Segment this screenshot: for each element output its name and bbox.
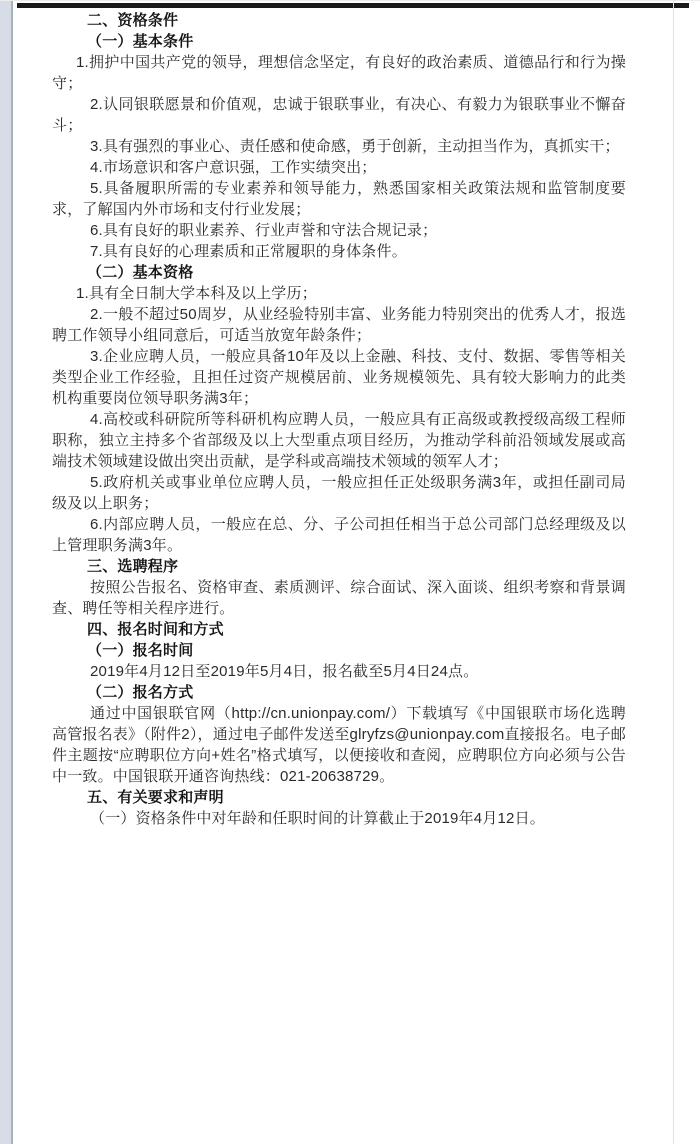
heading-basic-conditions: （一）基本条件 — [52, 31, 626, 52]
heading-basic-qualifications: （二）基本资格 — [52, 262, 626, 283]
heading-requirements-statement: 五、有关要求和声明 — [52, 787, 626, 808]
basic-condition-item-6: 6.具有良好的职业素养、行业声誉和守法合规记录； — [52, 220, 626, 241]
basic-condition-item-4: 4.市场意识和客户意识强，工作实绩突出； — [52, 157, 626, 178]
selection-procedure-text: 按照公告报名、资格审查、素质测评、综合面试、深入面谈、组织考察和背景调查、聘任等… — [52, 577, 626, 619]
basic-condition-item-7: 7.具有良好的心理素质和正常履职的身体条件。 — [52, 241, 626, 262]
heading-qualification-requirements: 二、资格条件 — [52, 10, 626, 31]
basic-qualification-item-3: 3.企业应聘人员，一般应具备10年及以上金融、科技、支付、数据、零售等相关类型企… — [52, 346, 626, 409]
heading-registration-method: （二）报名方式 — [52, 682, 626, 703]
top-hairline — [0, 0, 700, 1]
registration-method-text: 通过中国银联官网（http://cn.unionpay.com/）下载填写《中国… — [52, 703, 626, 787]
registration-time-text: 2019年4月12日至2019年5月4日，报名截至5月4日24点。 — [52, 661, 626, 682]
basic-qualification-item-1: 1.具有全日制大学本科及以上学历； — [52, 283, 626, 304]
top-divider-bar — [17, 3, 689, 8]
heading-selection-procedure: 三、选聘程序 — [52, 556, 626, 577]
requirements-statement-item-1: （一）资格条件中对年龄和任职时间的计算截止于2019年4月12日。 — [52, 808, 626, 829]
basic-qualification-item-5: 5.政府机关或事业单位应聘人员，一般应担任正处级职务满3年，或担任副司局级及以上… — [52, 472, 626, 514]
basic-condition-item-1: 1.拥护中国共产党的领导，理想信念坚定，有良好的政治素质、道德品行和行为操守； — [52, 52, 626, 94]
document-page: 二、资格条件 （一）基本条件 1.拥护中国共产党的领导，理想信念坚定，有良好的政… — [0, 0, 700, 1144]
left-scrollbar-track[interactable] — [0, 0, 11, 1144]
heading-registration-time-method: 四、报名时间和方式 — [52, 619, 626, 640]
basic-condition-item-5: 5.具备履职所需的专业素养和领导能力，熟悉国家相关政策法规和监管制度要求，了解国… — [52, 178, 626, 220]
basic-condition-item-3: 3.具有强烈的事业心、责任感和使命感，勇于创新，主动担当作为，真抓实干； — [52, 136, 626, 157]
document-content: 二、资格条件 （一）基本条件 1.拥护中国共产党的领导，理想信念坚定，有良好的政… — [52, 10, 626, 829]
basic-condition-item-2: 2.认同银联愿景和价值观，忠诚于银联事业，有决心、有毅力为银联事业不懈奋斗； — [52, 94, 626, 136]
basic-qualification-item-4: 4.高校或科研院所等科研机构应聘人员，一般应具有正高级或教授级高级工程师职称，独… — [52, 409, 626, 472]
page-edge-line — [673, 0, 674, 1144]
basic-qualification-item-6: 6.内部应聘人员，一般应在总、分、子公司担任相当于总公司部门总经理级及以上管理职… — [52, 514, 626, 556]
heading-registration-time: （一）报名时间 — [52, 640, 626, 661]
rail-divider-line — [11, 0, 13, 1144]
basic-qualification-item-2: 2.一般不超过50周岁，从业经验特别丰富、业务能力特别突出的优秀人才，报选聘工作… — [52, 304, 626, 346]
